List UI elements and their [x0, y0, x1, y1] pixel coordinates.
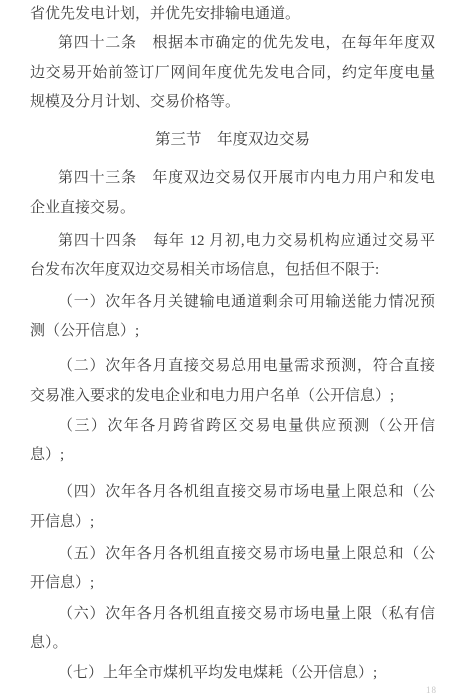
paragraph-line: （七）上年全市煤机平均发电煤耗（公开信息）; [30, 659, 435, 688]
section-heading: 第三节 年度双边交易 [30, 125, 435, 154]
paragraph-line: （二）次年各月直接交易总用电量需求预测，符合直接 [30, 352, 435, 381]
paragraph-line: 第四十二条 根据本市确定的优先发电，在每年年度双 [30, 29, 435, 58]
paragraph-line: 第四十四条 每年 12 月初,电力交易机构应通过交易平 [30, 227, 435, 256]
paragraph-line: （五）次年各月各机组直接交易市场电量上限总和（公 [30, 540, 435, 569]
list-item-4: （四）次年各月各机组直接交易市场电量上限总和（公 开信息）; [30, 478, 435, 537]
document-page: 省优先发电计划，并优先安排输电通道。 第四十二条 根据本市确定的优先发电，在每年… [0, 0, 457, 693]
paragraph-line: 开信息）; [30, 569, 435, 598]
intro-paragraph: 省优先发电计划，并优先安排输电通道。 [30, 0, 435, 29]
page-number: 18 [426, 685, 437, 693]
paragraph-line: 第四十三条 年度双边交易仅开展市内电力用户和发电 [30, 164, 435, 193]
paragraph-line: 开信息）; [30, 508, 435, 537]
paragraph-line: 省优先发电计划，并优先安排输电通道。 [30, 0, 435, 29]
paragraph-line: 息）。 [30, 629, 435, 658]
paragraph-line: 交易准入要求的发电企业和电力用户名单（公开信息）; [30, 382, 435, 411]
paragraph-line: （三）次年各月跨省跨区交易电量供应预测（公开信 [30, 412, 435, 441]
paragraph-line: （四）次年各月各机组直接交易市场电量上限总和（公 [30, 478, 435, 507]
article-44-paragraph: 第四十四条 每年 12 月初,电力交易机构应通过交易平 台发布次年度双边交易相关… [30, 227, 435, 286]
paragraph-line: 规模及分月计划、交易价格等。 [30, 88, 435, 117]
paragraph-line: 息）; [30, 441, 435, 470]
article-42-paragraph: 第四十二条 根据本市确定的优先发电，在每年年度双 边交易开始前签订厂网间年度优先… [30, 29, 435, 117]
list-item-6: （六）次年各月各机组直接交易市场电量上限（私有信 息）。 [30, 600, 435, 659]
article-43-paragraph: 第四十三条 年度双边交易仅开展市内电力用户和发电 企业直接交易。 [30, 164, 435, 223]
list-item-1: （一）次年各月关键输电通道剩余可用输送能力情况预 测（公开信息）; [30, 288, 435, 347]
paragraph-line: （一）次年各月关键输电通道剩余可用输送能力情况预 [30, 288, 435, 317]
paragraph-line: 边交易开始前签订厂网间年度优先发电合同，约定年度电量 [30, 59, 435, 88]
paragraph-line: 企业直接交易。 [30, 194, 435, 223]
list-item-5: （五）次年各月各机组直接交易市场电量上限总和（公 开信息）; [30, 540, 435, 599]
paragraph-line: 台发布次年度双边交易相关市场信息，包括但不限于: [30, 256, 435, 285]
list-item-2: （二）次年各月直接交易总用电量需求预测，符合直接 交易准入要求的发电企业和电力用… [30, 352, 435, 411]
list-item-3: （三）次年各月跨省跨区交易电量供应预测（公开信 息）; [30, 412, 435, 471]
paragraph-line: 测（公开信息）; [30, 317, 435, 346]
list-item-7: （七）上年全市煤机平均发电煤耗（公开信息）; [30, 659, 435, 688]
paragraph-line: （六）次年各月各机组直接交易市场电量上限（私有信 [30, 600, 435, 629]
